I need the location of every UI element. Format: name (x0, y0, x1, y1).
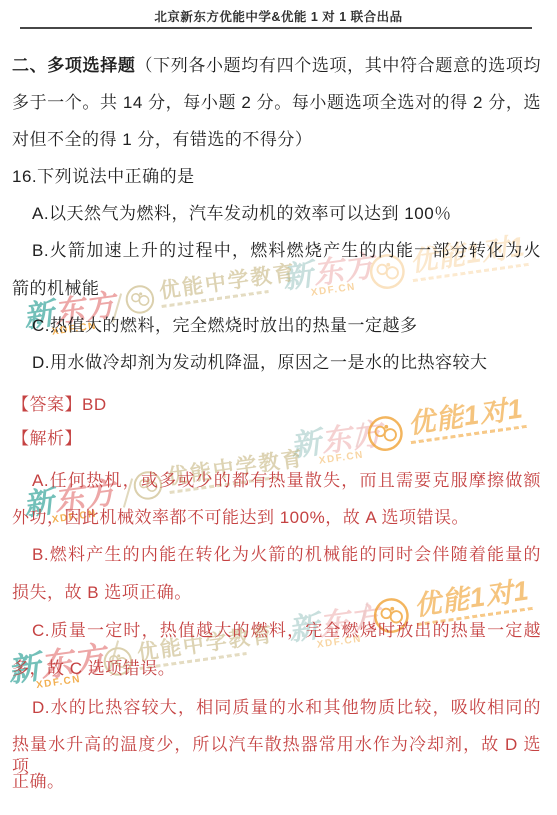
analysis-c-line2: 多，故 C 选项错误。 (12, 658, 175, 680)
analysis-d-line3: 正确。 (12, 771, 65, 793)
watermark-ucan-1on1: 优能1对1 (364, 395, 529, 459)
ucan-1on1-label: 优能1对1 (412, 575, 531, 621)
analysis-d-line1: D.水的比热容较大，相同质量的水和其他物质比较，吸收相同的 (32, 697, 541, 719)
option-c: C.热值大的燃料，完全燃烧时放出的热量一定越多 (32, 315, 418, 337)
analysis-a-line2: 外功，因此机械效率都不可能达到 100%，故 A 选项错误。 (12, 507, 469, 529)
ucan-school-label: 优能中学教育 (158, 261, 298, 303)
option-a: A.以天然气为燃料，汽车发动机的效率可以达到 100％ (32, 203, 452, 225)
analysis-d-line2: 热量水升高的温度少，所以汽车散热器常用水作为冷却剂，故 D 选项 (12, 734, 541, 778)
xdf-wordmark: 新东方 (289, 420, 385, 463)
option-b-line1: B.火箭加速上升的过程中，燃料燃烧产生的内能一部分转化为火 (32, 240, 541, 262)
question-stem: 16.下列说法中正确的是 (12, 166, 195, 188)
ucan-school-microtext (161, 290, 268, 308)
analysis-c-line1: C.质量一定时，热值越大的燃料，完全燃烧时放出的热量一定越 (32, 620, 541, 642)
intro-line3: 对但不全的得 1 分，有错选的不得分） (12, 129, 312, 151)
watermark-ucan-school: 优能中学教育 (122, 262, 299, 321)
analysis-b-line2: 损失，故 B 选项正确。 (12, 582, 192, 604)
ucan-1on1-microtext (413, 263, 530, 282)
watermark-xdf-logo: 新东方 XDF.CN (289, 420, 386, 471)
section-heading: 二、多项选择题 (12, 56, 135, 75)
watermark-divider-line (355, 422, 364, 448)
header-title: 北京新东方优能中学&优能 1 对 1 联合出品 (0, 7, 557, 25)
analysis-heading: 【解析】 (12, 428, 82, 450)
ucan-1on1-microtext (411, 425, 528, 444)
ucan-1on1-badge-icon (364, 412, 407, 459)
analysis-a-line1: A.任何热机，或多或少的都有热量散失，而且需要克服摩擦做额 (32, 470, 541, 492)
xdf-domain-label: XDF.CN (310, 279, 378, 298)
option-b-line2: 箭的机械能 (12, 278, 100, 300)
analysis-b-line1: B.燃料产生的内能在转化为火箭的机械能的同时会伴随着能量的 (32, 544, 541, 566)
intro-line1: 二、多项选择题（下列各小题均有四个选项，其中符合题意的选项均 (12, 55, 541, 77)
answer-line: 【答案】BD (12, 394, 107, 416)
xdf-domain-label: XDF.CN (318, 447, 386, 466)
intro-line2: 多于一个。共 14 分，每小题 2 分。每小题选项全选对的得 2 分，选 (12, 92, 541, 114)
intro-line1-rest: （下列各小题均有四个选项，其中符合题意的选项均 (135, 56, 541, 75)
ucan-1on1-label: 优能1对1 (406, 393, 525, 439)
header-rule (20, 27, 532, 29)
exam-document-page: 新东方 XDF.CN 优能1对1 优能中学教育 新东方 XDF.CN 新东方 X… (0, 0, 557, 815)
option-d: D.用水做冷却剂为发动机降温，原因之一是水的比热容较大 (32, 352, 488, 374)
